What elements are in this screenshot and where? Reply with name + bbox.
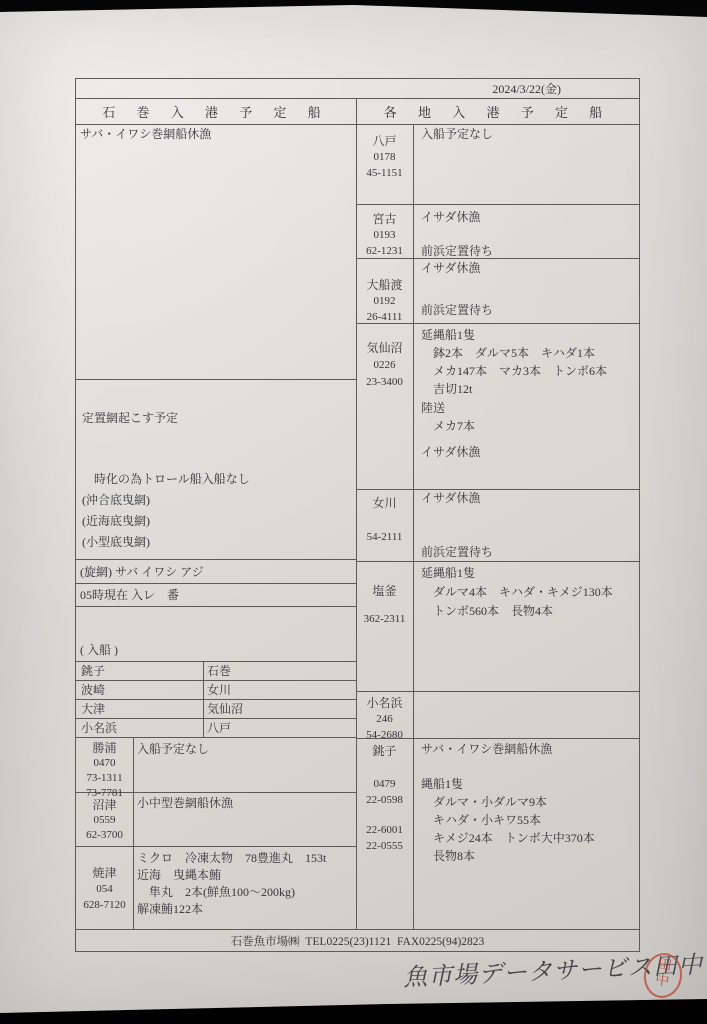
divider-line [356,204,639,205]
divider-line [133,737,134,929]
divider-line [76,98,639,99]
time-row-note: 05時現在 入レ 番 [80,588,179,602]
note-line: 延縄船1隻 [421,564,613,583]
port-name: 大船渡 [356,277,413,293]
phone-number: 628-7120 [76,897,133,913]
port-note: 入船予定なし [137,742,209,756]
port-note-block: ミクロ 冷凍太物 78豊進丸 153t 近海 曳縄本鮪 隼丸 2本(鮮魚100〜… [137,850,326,918]
divider-line [76,661,356,662]
date-label: 2024/3/22(金) [492,82,561,96]
right-column-header: 各 地 入 港 予 定 船 [356,102,639,121]
phone-number: 246 [356,711,413,727]
note-line: 縄船1隻 [421,775,595,793]
note-line: 陸送 [421,399,475,417]
note-line: ダルマ・小ダルマ9本 [421,793,595,811]
photo-background: 2024/3/22(金) 石 巻 入 港 予 定 船 各 地 入 港 予 定 船… [0,0,707,1024]
seine-row-note: (旋網) サバ イワシ アジ [80,565,204,579]
port-numazu: 沼津 0559 62-3700 [76,798,133,843]
phone-number: 054 [76,881,133,897]
note-line: (近海底曳網) [82,511,250,532]
pair-port: 八戸 [207,721,231,735]
port-name: 気仙沼 [356,340,413,357]
note-line: 時化の為トロール船入船なし [82,469,250,490]
port-hachinohe: 八戸 0178 45-1151 [356,133,413,181]
phone-number: 22-6001 [356,822,413,838]
left-column-header: 石 巻 入 港 予 定 船 [76,102,356,121]
note-line: ミクロ 冷凍太物 78豊進丸 153t [137,850,326,867]
ishinomaki-idle-note: サバ・イワシ巻網船休漁 [80,127,211,141]
port-note-block: 縄船1隻 ダルマ・小ダルマ9本 キハダ・小キワ55本 キメジ24本 トンボ大中3… [421,775,595,865]
divider-line [76,583,356,584]
phone-number: 23-3400 [356,374,413,391]
note-line: 隼丸 2本(鮮魚100〜200kg) [137,884,326,901]
phone-number: 22-0598 [356,792,413,808]
phone-number: 0559 [76,813,133,828]
pair-port: 大津 [81,702,105,716]
port-note: 入船予定なし [421,127,493,141]
port-name: 八戸 [356,133,413,149]
divider-line [203,661,204,737]
divider-line [356,561,639,562]
note-line: 延縄船1隻 [421,326,607,344]
port-note: イサダ休漁 [421,491,480,505]
phone-number: 22-0555 [356,838,413,854]
note-line: メカ7本 [421,417,475,435]
divider-line [76,606,356,607]
phone-number: 0226 [356,357,413,374]
note-line: キハダ・小キワ55本 [421,811,595,829]
phone-number: 0192 [356,293,413,309]
note-line: (沖合底曳網) [82,490,250,511]
port-note: 前浜定置待ち [421,303,493,317]
port-name: 女川 [356,496,413,510]
port-note: サバ・イワシ巻網船休漁 [421,742,552,756]
phone-number: 0479 [356,776,413,792]
note-line: トンボ560本 長物4本 [421,602,613,621]
nyusen-label: ( 入船 ) [80,643,118,657]
port-miyako: 宮古 0193 62-1231 [356,211,413,259]
port-name: 塩釜 [356,584,413,598]
phone-block: 0479 22-0598 [356,776,413,808]
note-line: 鉢2本 ダルマ5本 キハダ1本 [421,344,607,362]
divider-line [413,124,414,929]
pair-port: 小名浜 [81,721,117,735]
divider-line [356,489,639,490]
divider-line [356,691,639,692]
market-contact-footer: 石巻魚市場㈱ TEL0225(23)1121 FAX0225(94)2823 [76,933,639,949]
port-yaizu: 焼津 054 628-7120 [76,865,133,913]
note-line: 近海 曳縄本鮪 [137,867,326,884]
phone-number: 62-3700 [76,828,133,843]
port-note-block: 陸送 メカ7本 [421,399,475,435]
pair-port: 波崎 [81,683,105,697]
phone-number: 54-2680 [356,727,413,743]
pair-port: 女川 [207,683,231,697]
port-name: 焼津 [76,865,133,881]
port-note: 前浜定置待ち [421,545,493,559]
divider-line [76,379,356,380]
divider-line [76,718,356,719]
phone-number: 0470 [76,756,133,771]
port-note-block: 延縄船1隻 ダルマ4本 キハダ・キメジ130本 トンボ560本 長物4本 [421,564,613,621]
note-line: (小型底曳網) [82,532,250,553]
divider-line [76,737,356,738]
note-line: キメジ24本 トンボ大中370本 [421,829,595,847]
note-line: メカ147本 マカ3本 トンボ6本 [421,362,607,380]
phone-number: 54-2111 [356,530,413,544]
pair-port: 石巻 [207,664,231,678]
teichi-plan-note: 定置網起こす予定 [82,411,178,425]
pair-port: 銚子 [81,664,105,678]
phone-number: 0178 [356,149,413,165]
phone-number: 362-2311 [356,612,413,626]
port-katsuura: 勝浦 0470 73-1311 73-7781 [76,741,133,801]
divider-line [76,846,356,847]
port-name: 小名浜 [356,695,413,711]
trawl-note-block: 時化の為トロール船入船なし (沖合底曳網) (近海底曳網) (小型底曳網) [82,469,250,553]
phone-number: 73-1311 [76,771,133,786]
port-ofunato: 大船渡 0192 26-4111 [356,277,413,325]
port-name: 宮古 [356,211,413,227]
note-line: イサダ休漁 [421,445,480,459]
port-note: イサダ休漁 [421,261,480,275]
divider-line [76,929,639,930]
port-note: 前浜定置待ち [421,244,493,258]
port-name: 勝浦 [76,741,133,756]
port-name: 銚子 [356,744,413,758]
note-line: ダルマ4本 キハダ・キメジ130本 [421,583,613,602]
phone-block: 22-6001 22-0555 [356,822,413,854]
note-line: 吉切12t [421,380,607,398]
note-line: 長物8本 [421,847,595,865]
phone-number: 26-4111 [356,309,413,325]
divider-line [76,680,356,681]
phone-number: 62-1231 [356,243,413,259]
port-note: イサダ休漁 [421,210,480,224]
schedule-table: 2024/3/22(金) 石 巻 入 港 予 定 船 各 地 入 港 予 定 船… [75,78,640,952]
port-note-block: 延縄船1隻 鉢2本 ダルマ5本 キハダ1本 メカ147本 マカ3本 トンボ6本 … [421,326,607,398]
pair-port: 気仙沼 [207,702,243,716]
port-note: 小中型巻網船休漁 [137,796,233,810]
divider-line [76,124,639,125]
port-onahama: 小名浜 246 54-2680 [356,695,413,743]
phone-number: 0193 [356,227,413,243]
note-line: 解凍鮪122本 [137,901,326,918]
phone-number: 45-1151 [356,165,413,181]
port-kesennuma: 気仙沼 0226 23-3400 [356,340,413,391]
port-name: 沼津 [76,798,133,813]
divider-line [76,699,356,700]
divider-line [76,559,356,560]
